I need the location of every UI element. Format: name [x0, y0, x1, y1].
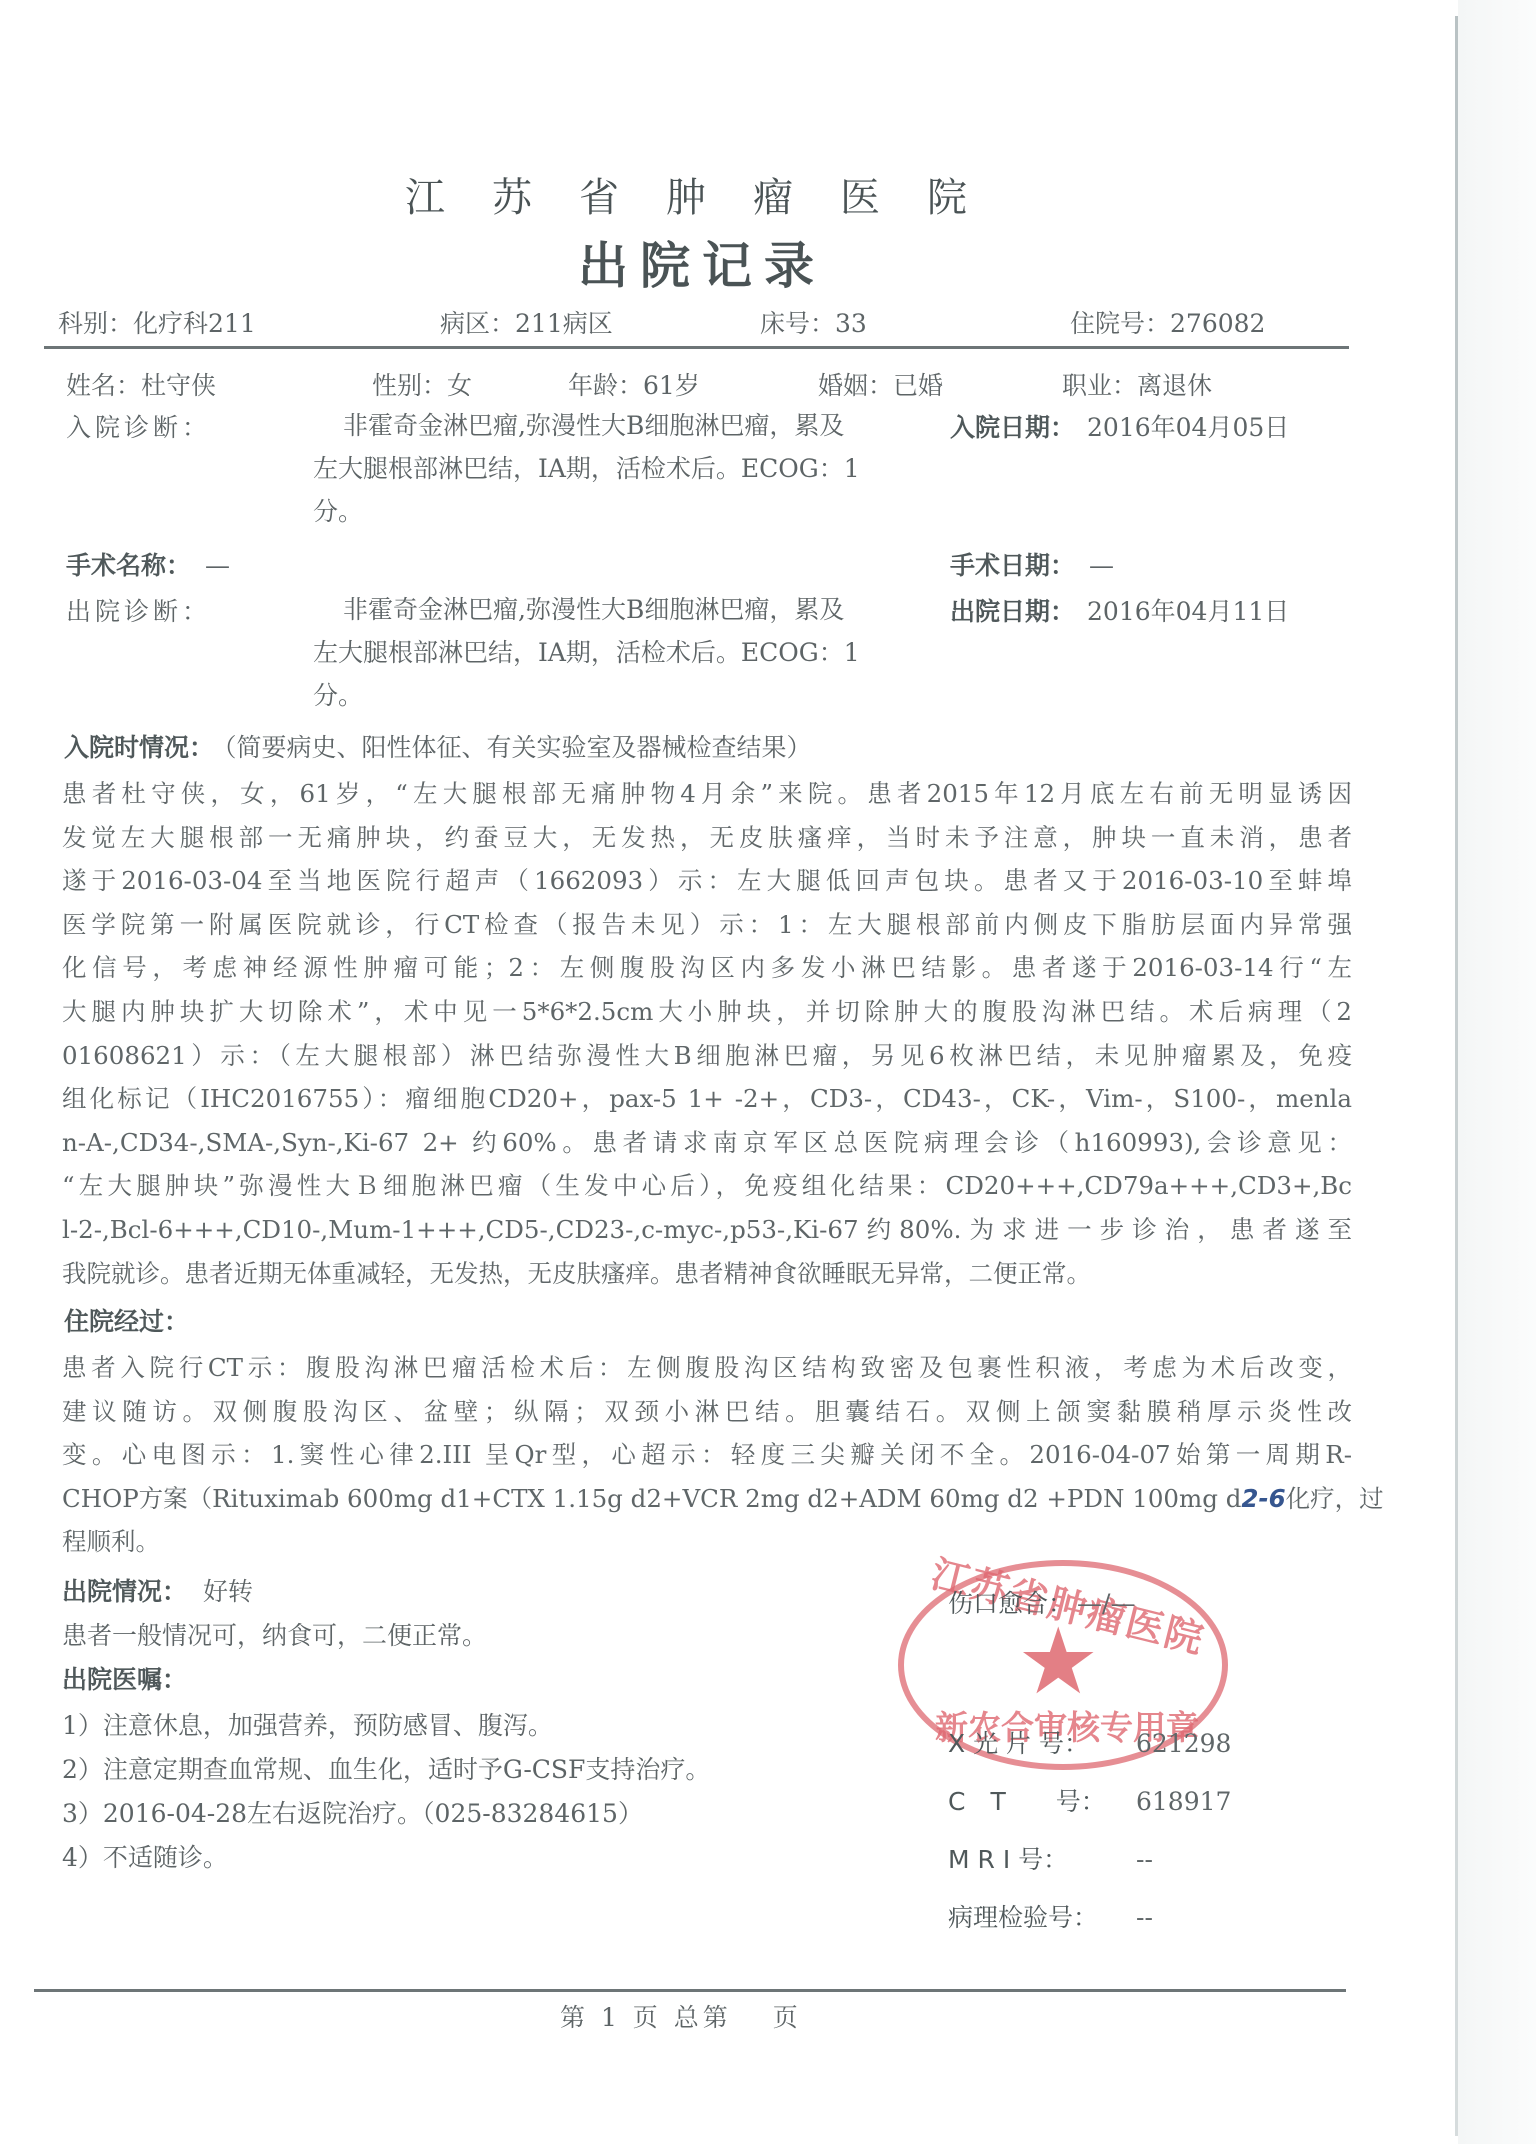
- marital-label: 婚姻：: [818, 371, 893, 400]
- body-line: 变。心电图示：1.窦性心律2.III 呈Qr型，心超示：轻度三尖瓣关闭不全。20…: [62, 1433, 1352, 1477]
- body-line: 遂于2016-03-04至当地医院行超声（1662093）示：左大腿低回声包块。…: [62, 859, 1352, 903]
- age-label: 年龄：: [568, 371, 643, 400]
- department-value: 化疗科211: [133, 309, 256, 338]
- body-line: 大腿内肿块扩大切除术”，术中见一5*6*2.5cm大小肿块，并切除肿大的腹股沟淋…: [62, 990, 1352, 1034]
- wound-healing-field: 伤口愈合：—/—: [948, 1584, 1135, 1620]
- body-line: 建议随访。双侧腹股沟区、盆壁；纵隔；双颈小淋巴结。胆囊结石。双侧上颌窦黏膜稍厚示…: [62, 1390, 1352, 1434]
- discharge-diagnosis-line: 左大腿根部淋巴结，ⅠA期，活检术后。ECOG：1: [313, 631, 923, 674]
- admission-diagnosis: 非霍奇金淋巴瘤,弥漫性大B细胞淋巴瘤，累及 左大腿根部淋巴结，ⅠA期，活检术后。…: [313, 404, 923, 533]
- surgery-date-field: 手术日期：—: [950, 546, 1114, 582]
- occupation-label: 职业：: [1062, 371, 1137, 400]
- discharge-date-field: 出院日期：2016年04月11日: [950, 592, 1289, 628]
- admission-date-value: 2016年04月05日: [1087, 413, 1289, 442]
- footer-divider: [34, 1989, 1346, 1992]
- body-line: 患者杜守侠，女，61岁，“左大腿根部无痛肿物4月余”来院。患者2015年12月底…: [62, 772, 1352, 816]
- discharge-date-label: 出院日期：: [950, 597, 1075, 626]
- surgery-name-field: 手术名称：—: [66, 546, 230, 582]
- bed-value: 33: [835, 309, 867, 338]
- discharge-status-value: 好转: [203, 1577, 253, 1606]
- discharge-date-value: 2016年04月11日: [1087, 597, 1289, 626]
- hospital-course-body: 患者入院行CT示：腹股沟淋巴瘤活检术后：左侧腹股沟区结构致密及包裹性积液，考虑为…: [62, 1346, 1352, 1564]
- pathology-number-label: 病理检验号：: [948, 1898, 1136, 1934]
- regimen-tail: 化疗，过: [1286, 1484, 1384, 1513]
- occupation-value: 离退休: [1137, 371, 1212, 400]
- discharge-order-item: 2）注意定期查血常规、血生化，适时予G-CSF支持治疗。: [62, 1750, 710, 1786]
- record-title: 出院记录: [578, 226, 826, 298]
- admission-diagnosis-label: 入院诊断：: [66, 408, 211, 444]
- ward-label: 病区：: [440, 309, 515, 338]
- star-icon: ★: [1017, 1616, 1099, 1708]
- ct-number-label: C T 号：: [948, 1782, 1136, 1818]
- body-line: 患者入院行CT示：腹股沟淋巴瘤活检术后：左侧腹股沟区结构致密及包裹性积液，考虑为…: [62, 1346, 1352, 1390]
- name-label: 姓名：: [66, 371, 141, 400]
- marital-value: 已婚: [893, 371, 943, 400]
- ward-field: 病区：211病区: [440, 304, 613, 340]
- admission-diagnosis-line: 非霍奇金淋巴瘤,弥漫性大B细胞淋巴瘤，累及: [313, 404, 923, 447]
- xray-number-label: X 光 片 号：: [948, 1724, 1136, 1760]
- gender-label: 性别：: [372, 371, 447, 400]
- admission-status-body: 患者杜守侠，女，61岁，“左大腿根部无痛肿物4月余”来院。患者2015年12月底…: [62, 772, 1352, 1295]
- ct-number-field: C T 号：618917: [948, 1782, 1231, 1818]
- handwritten-correction: 2-6: [1241, 1484, 1285, 1513]
- wound-healing-value: —/—: [1077, 1589, 1135, 1618]
- hospital-course-label: 住院经过：: [64, 1302, 189, 1338]
- gender-field: 性别：女: [372, 366, 472, 402]
- xray-number-value: 621298: [1136, 1729, 1231, 1758]
- admission-date-field: 入院日期：2016年04月05日: [950, 408, 1289, 444]
- body-line: n-A-,CD34-,SMA-,Syn-,Ki-67 2+ 约60%。患者请求南…: [62, 1121, 1352, 1165]
- pathology-number-field: 病理检验号：--: [948, 1898, 1153, 1934]
- pathology-number-value: --: [1136, 1903, 1153, 1932]
- hospital-name: 江苏省肿瘤医院: [405, 166, 1014, 223]
- admission-number-label: 住院号：: [1070, 309, 1170, 338]
- page-edge: [1455, 16, 1458, 2136]
- regimen-text: CHOP方案（Rituximab 600mg d1+CTX 1.15g d2+V…: [62, 1484, 1241, 1513]
- body-line: 发觉左大腿根部一无痛肿块，约蚕豆大，无发热，无皮肤瘙痒，当时未予注意，肿块一直未…: [62, 816, 1352, 860]
- body-line: CHOP方案（Rituximab 600mg d1+CTX 1.15g d2+V…: [62, 1477, 1352, 1521]
- body-line: 化信号，考虑神经源性肿瘤可能；2：左侧腹股沟区内多发小淋巴结影。患者遂于2016…: [62, 946, 1352, 990]
- discharge-orders-label: 出院医嘱：: [62, 1660, 187, 1696]
- body-line: 我院就诊。患者近期无体重减轻，无发热，无皮肤瘙痒。患者精神食欲睡眠无异常，二便正…: [62, 1252, 1352, 1296]
- discharge-diagnosis: 非霍奇金淋巴瘤,弥漫性大B细胞淋巴瘤，累及 左大腿根部淋巴结，ⅠA期，活检术后。…: [313, 588, 923, 717]
- discharge-diagnosis-line: 分。: [313, 674, 923, 717]
- xray-number-field: X 光 片 号：621298: [948, 1724, 1231, 1760]
- patient-name-field: 姓名：杜守侠: [66, 366, 216, 402]
- header-divider: [44, 346, 1349, 349]
- surgery-date-label: 手术日期：: [950, 551, 1075, 580]
- admission-status-hint: （简要病史、阳性体征、有关实验室及器械检查结果）: [224, 733, 812, 762]
- wound-healing-label: 伤口愈合：: [948, 1589, 1073, 1618]
- discharge-diagnosis-label: 出院诊断：: [66, 592, 211, 628]
- gender-value: 女: [447, 371, 472, 400]
- discharge-diagnosis-line: 非霍奇金淋巴瘤,弥漫性大B细胞淋巴瘤，累及: [313, 588, 923, 631]
- name-value: 杜守侠: [141, 371, 216, 400]
- discharge-status-text: 患者一般情况可，纳食可，二便正常。: [62, 1616, 487, 1652]
- body-line: 程顺利。: [62, 1520, 1352, 1564]
- discharge-status-field: 出院情况：好转: [62, 1572, 253, 1608]
- marital-field: 婚姻：已婚: [818, 366, 943, 402]
- department-label: 科别：: [58, 309, 133, 338]
- age-value: 61岁: [643, 371, 700, 400]
- admission-diagnosis-line: 左大腿根部淋巴结，ⅠA期，活检术后。ECOG：1: [313, 447, 923, 490]
- discharge-order-item: 4）不适随诊。: [62, 1838, 228, 1874]
- mri-number-label: M R I 号：: [948, 1840, 1136, 1876]
- discharge-order-item: 3）2016-04-28左右返院治疗。（025-83284615）: [62, 1794, 643, 1830]
- admission-number-field: 住院号：276082: [1070, 304, 1265, 340]
- bed-field: 床号：33: [760, 304, 867, 340]
- body-line: 医学院第一附属医院就诊，行CT检查（报告未见）示：1：左大腿根部前内侧皮下脂肪层…: [62, 903, 1352, 947]
- admission-diagnosis-line: 分。: [313, 490, 923, 533]
- admission-number-value: 276082: [1170, 309, 1265, 338]
- occupation-field: 职业：离退休: [1062, 366, 1212, 402]
- admission-status-label: 入院时情况：: [64, 733, 214, 762]
- body-line: 01608621）示：（左大腿根部）淋巴结弥漫性大B细胞淋巴瘤，另见6枚淋巴结，…: [62, 1034, 1352, 1078]
- age-field: 年龄：61岁: [568, 366, 700, 402]
- body-line: 组化标记（IHC2016755）：瘤细胞CD20+，pax-5 1+ -2+，C…: [62, 1077, 1352, 1121]
- discharge-order-item: 1）注意休息，加强营养，预防感冒、腹泻。: [62, 1706, 553, 1742]
- surgery-name-value: —: [205, 551, 230, 580]
- ct-number-value: 618917: [1136, 1787, 1231, 1816]
- body-line: l-2-,Bcl-6+++,CD10-,Mum-1+++,CD5-,CD23-,…: [62, 1208, 1352, 1252]
- surgery-date-value: —: [1089, 551, 1114, 580]
- admission-date-label: 入院日期：: [950, 413, 1075, 442]
- mri-number-field: M R I 号：--: [948, 1840, 1153, 1876]
- discharge-status-label: 出院情况：: [62, 1577, 187, 1606]
- admission-status-heading: 入院时情况：（简要病史、阳性体征、有关实验室及器械检查结果）: [64, 728, 812, 764]
- body-line: “左大腿肿块”弥漫性大Ｂ细胞淋巴瘤（生发中心后），免疫组化结果：CD20+++,…: [62, 1164, 1352, 1208]
- page-number: 第 1 页 总第 页: [560, 1998, 802, 2034]
- bed-label: 床号：: [760, 309, 835, 338]
- department-field: 科别：化疗科211: [58, 304, 256, 340]
- page-shadow: [1458, 0, 1536, 2144]
- ward-value: 211病区: [515, 309, 613, 338]
- surgery-name-label: 手术名称：: [66, 551, 191, 580]
- mri-number-value: --: [1136, 1845, 1153, 1874]
